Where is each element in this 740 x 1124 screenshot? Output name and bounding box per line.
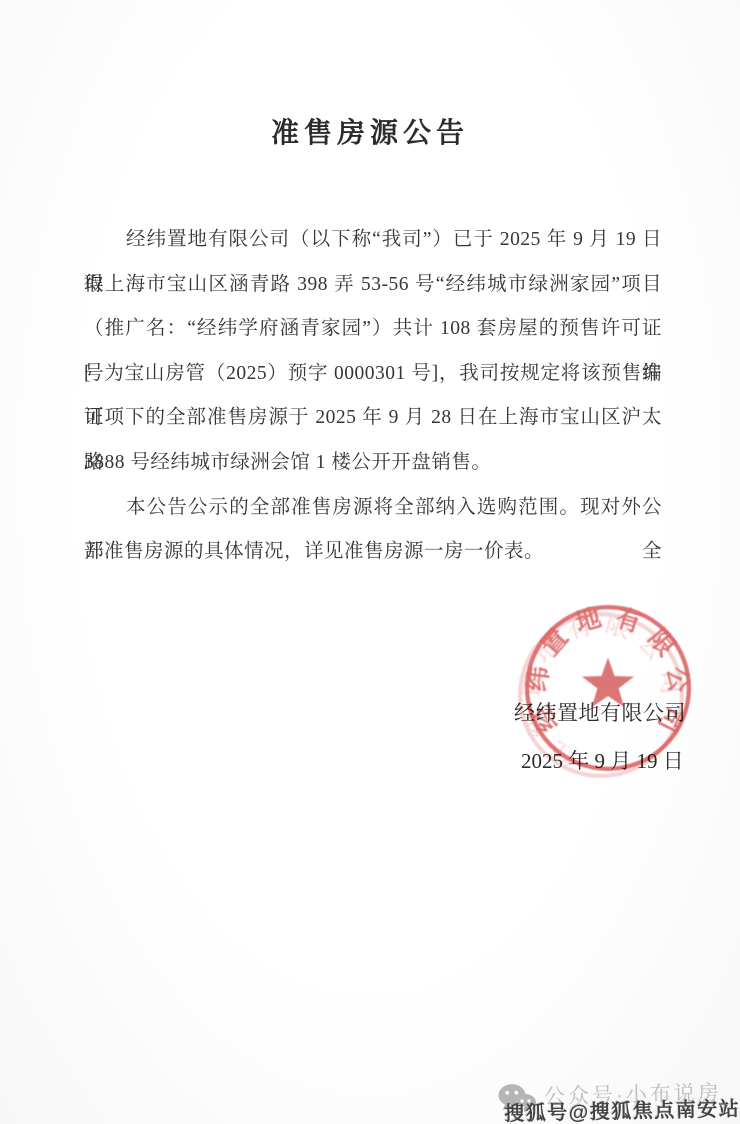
document-page: 准售房源公告 经纬置地有限公司（以下称“我司”）已于 2025 年 9 月 19… <box>0 0 740 1124</box>
body-line: （推广名：“经纬学府涵青家园”）共计 108 套房屋的预售许可证[编 <box>84 307 662 352</box>
company-seal-stamp: 经纬置地有限公司 经纬置地有限公司 <box>517 597 699 779</box>
star-icon <box>582 658 634 707</box>
seal-graphic: 经纬置地有限公司 经纬置地有限公司 <box>517 597 699 779</box>
body-line: 得上海市宝山区涵青路 398 弄 53-56 号“经纬城市绿洲家园”项目 <box>84 263 662 308</box>
body-line: 证项下的全部准售房源于 2025 年 9 月 28 日在上海市宝山区沪太路 <box>84 396 662 441</box>
body-line: 3888 号经纬城市绿洲会馆 1 楼公开开盘销售。 <box>84 441 662 486</box>
page-title: 准售房源公告 <box>0 114 740 154</box>
body-line: 经纬置地有限公司（以下称“我司”）已于 2025 年 9 月 19 日取 <box>84 218 662 263</box>
body-line: 本公告公示的全部准售房源将全部纳入选购范围。现对外公开全 <box>84 486 662 531</box>
document-body: 经纬置地有限公司（以下称“我司”）已于 2025 年 9 月 19 日取 得上海… <box>84 218 662 575</box>
watermark-group: 公众号·小布说房 搜狐号@搜狐焦点南安站 <box>494 1071 740 1124</box>
sohu-watermark-label: 搜狐号@搜狐焦点南安站 <box>504 1092 740 1124</box>
body-line: 号为宝山房管（2025）预字 0000301 号]，我司按规定将该预售许可 <box>84 352 662 397</box>
